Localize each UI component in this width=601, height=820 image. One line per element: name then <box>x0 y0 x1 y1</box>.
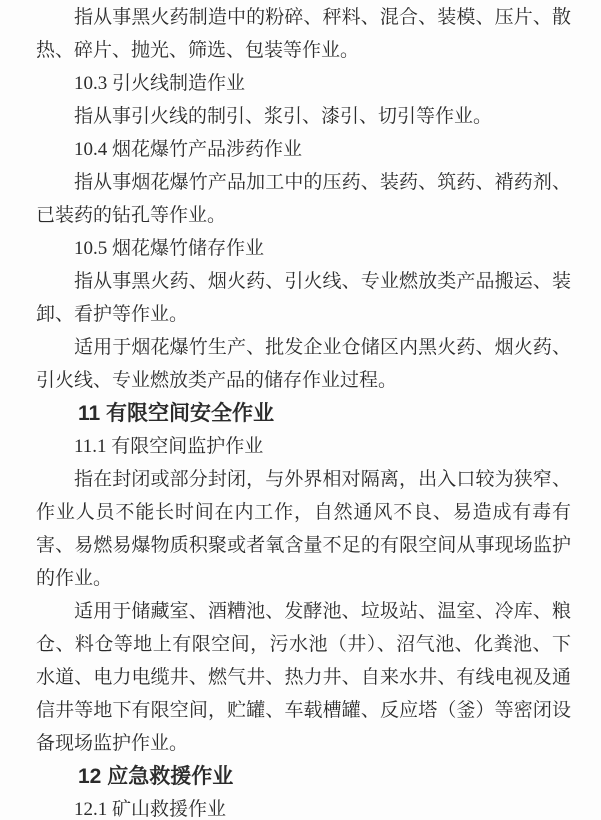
subsection-heading-12-1-mine-rescue: 12.1 矿山救援作业 <box>36 793 571 820</box>
subsection-heading-11-1-confined-space-monitoring: 11.1 有限空间监护作业 <box>36 430 571 463</box>
subsection-heading-10-3-fuse-manufacturing: 10.3 引火线制造作业 <box>36 67 571 100</box>
paragraph-confined-space-applicability: 适用于储藏室、酒糟池、发酵池、垃圾站、温室、冷库、粮仓、料仓等地上有限空间，污水… <box>36 595 571 760</box>
section-heading-12-emergency-rescue: 12 应急救援作业 <box>36 760 571 793</box>
paragraph-fireworks-processing: 指从事烟花爆竹产品加工中的压药、装药、筑药、褙药剂、已装药的钻孔等作业。 <box>36 166 571 232</box>
document-page: 指从事黑火药制造中的粉碎、秤料、混合、装模、压片、散热、碎片、抛光、筛选、包装等… <box>0 0 601 820</box>
paragraph-black-powder-manufacturing: 指从事黑火药制造中的粉碎、秤料、混合、装模、压片、散热、碎片、抛光、筛选、包装等… <box>36 1 571 67</box>
paragraph-confined-space-definition: 指在封闭或部分封闭，与外界相对隔离，出入口较为狭窄、作业人员不能长时间在内工作，… <box>36 463 571 595</box>
paragraph-fireworks-storage-applicability: 适用于烟花爆竹生产、批发企业仓储区内黑火药、烟火药、引火线、专业燃放类产品的储存… <box>36 331 571 397</box>
subsection-heading-10-4-fireworks-pyrotechnic: 10.4 烟花爆竹产品涉药作业 <box>36 133 571 166</box>
section-heading-11-confined-space: 11 有限空间安全作业 <box>36 397 571 430</box>
subsection-heading-10-5-fireworks-storage: 10.5 烟花爆竹储存作业 <box>36 232 571 265</box>
paragraph-fuse-operations: 指从事引火线的制引、浆引、漆引、切引等作业。 <box>36 100 571 133</box>
paragraph-fireworks-storage-scope: 指从事黑火药、烟火药、引火线、专业燃放类产品搬运、装卸、看护等作业。 <box>36 265 571 331</box>
